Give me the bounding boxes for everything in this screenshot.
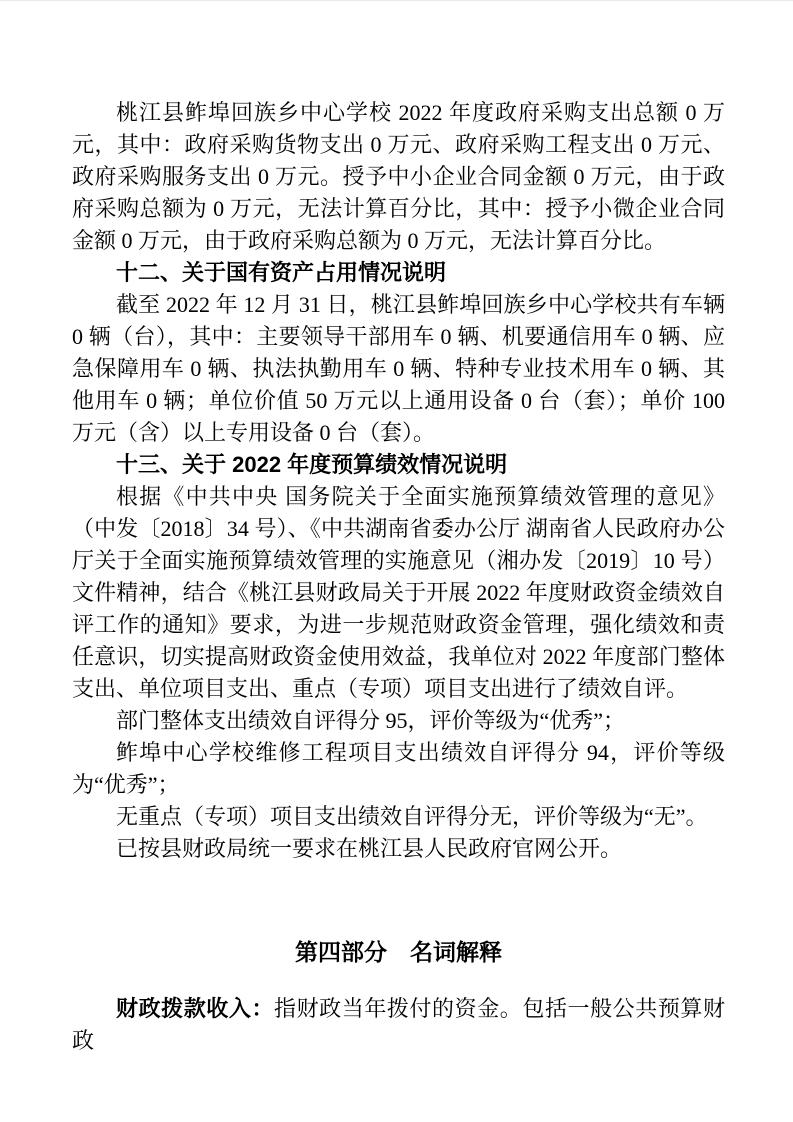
section-12-heading: 十二、关于国有资产占用情况说明	[72, 257, 725, 289]
paragraph-government-procurement: 桃江县鲊埠回族乡中心学校 2022 年度政府采购支出总额 0 万元，其中：政府采…	[72, 97, 725, 257]
document-page: 桃江县鲊埠回族乡中心学校 2022 年度政府采购支出总额 0 万元，其中：政府采…	[0, 0, 793, 1122]
part4-heading: 第四部分 名词解释	[72, 937, 725, 969]
paragraph-budget-performance: 根据《中共中央 国务院关于全面实施预算绩效管理的意见》（中发〔2018〕34 号…	[72, 481, 725, 705]
paragraph-glossary-fiscal-appropriation: 财政拨款收入：指财政当年拨付的资金。包括一般公共预算财政	[72, 993, 725, 1057]
glossary-term: 财政拨款收入：	[116, 996, 274, 1021]
paragraph-publication-statement: 已按县财政局统一要求在桃江县人民政府官网公开。	[72, 833, 725, 865]
paragraph-score-repair-project: 鲊埠中心学校维修工程项目支出绩效自评得分 94，评价等级为“优秀”；	[72, 737, 725, 801]
section-13-heading: 十三、关于 2022 年度预算绩效情况说明	[72, 449, 725, 481]
paragraph-score-overall: 部门整体支出绩效自评得分 95，评价等级为“优秀”；	[72, 705, 725, 737]
paragraph-state-assets: 截至 2022 年 12 月 31 日，桃江县鲊埠回族乡中心学校共有车辆 0 辆…	[72, 289, 725, 449]
paragraph-score-key-project: 无重点（专项）项目支出绩效自评得分无，评价等级为“无”。	[72, 801, 725, 833]
